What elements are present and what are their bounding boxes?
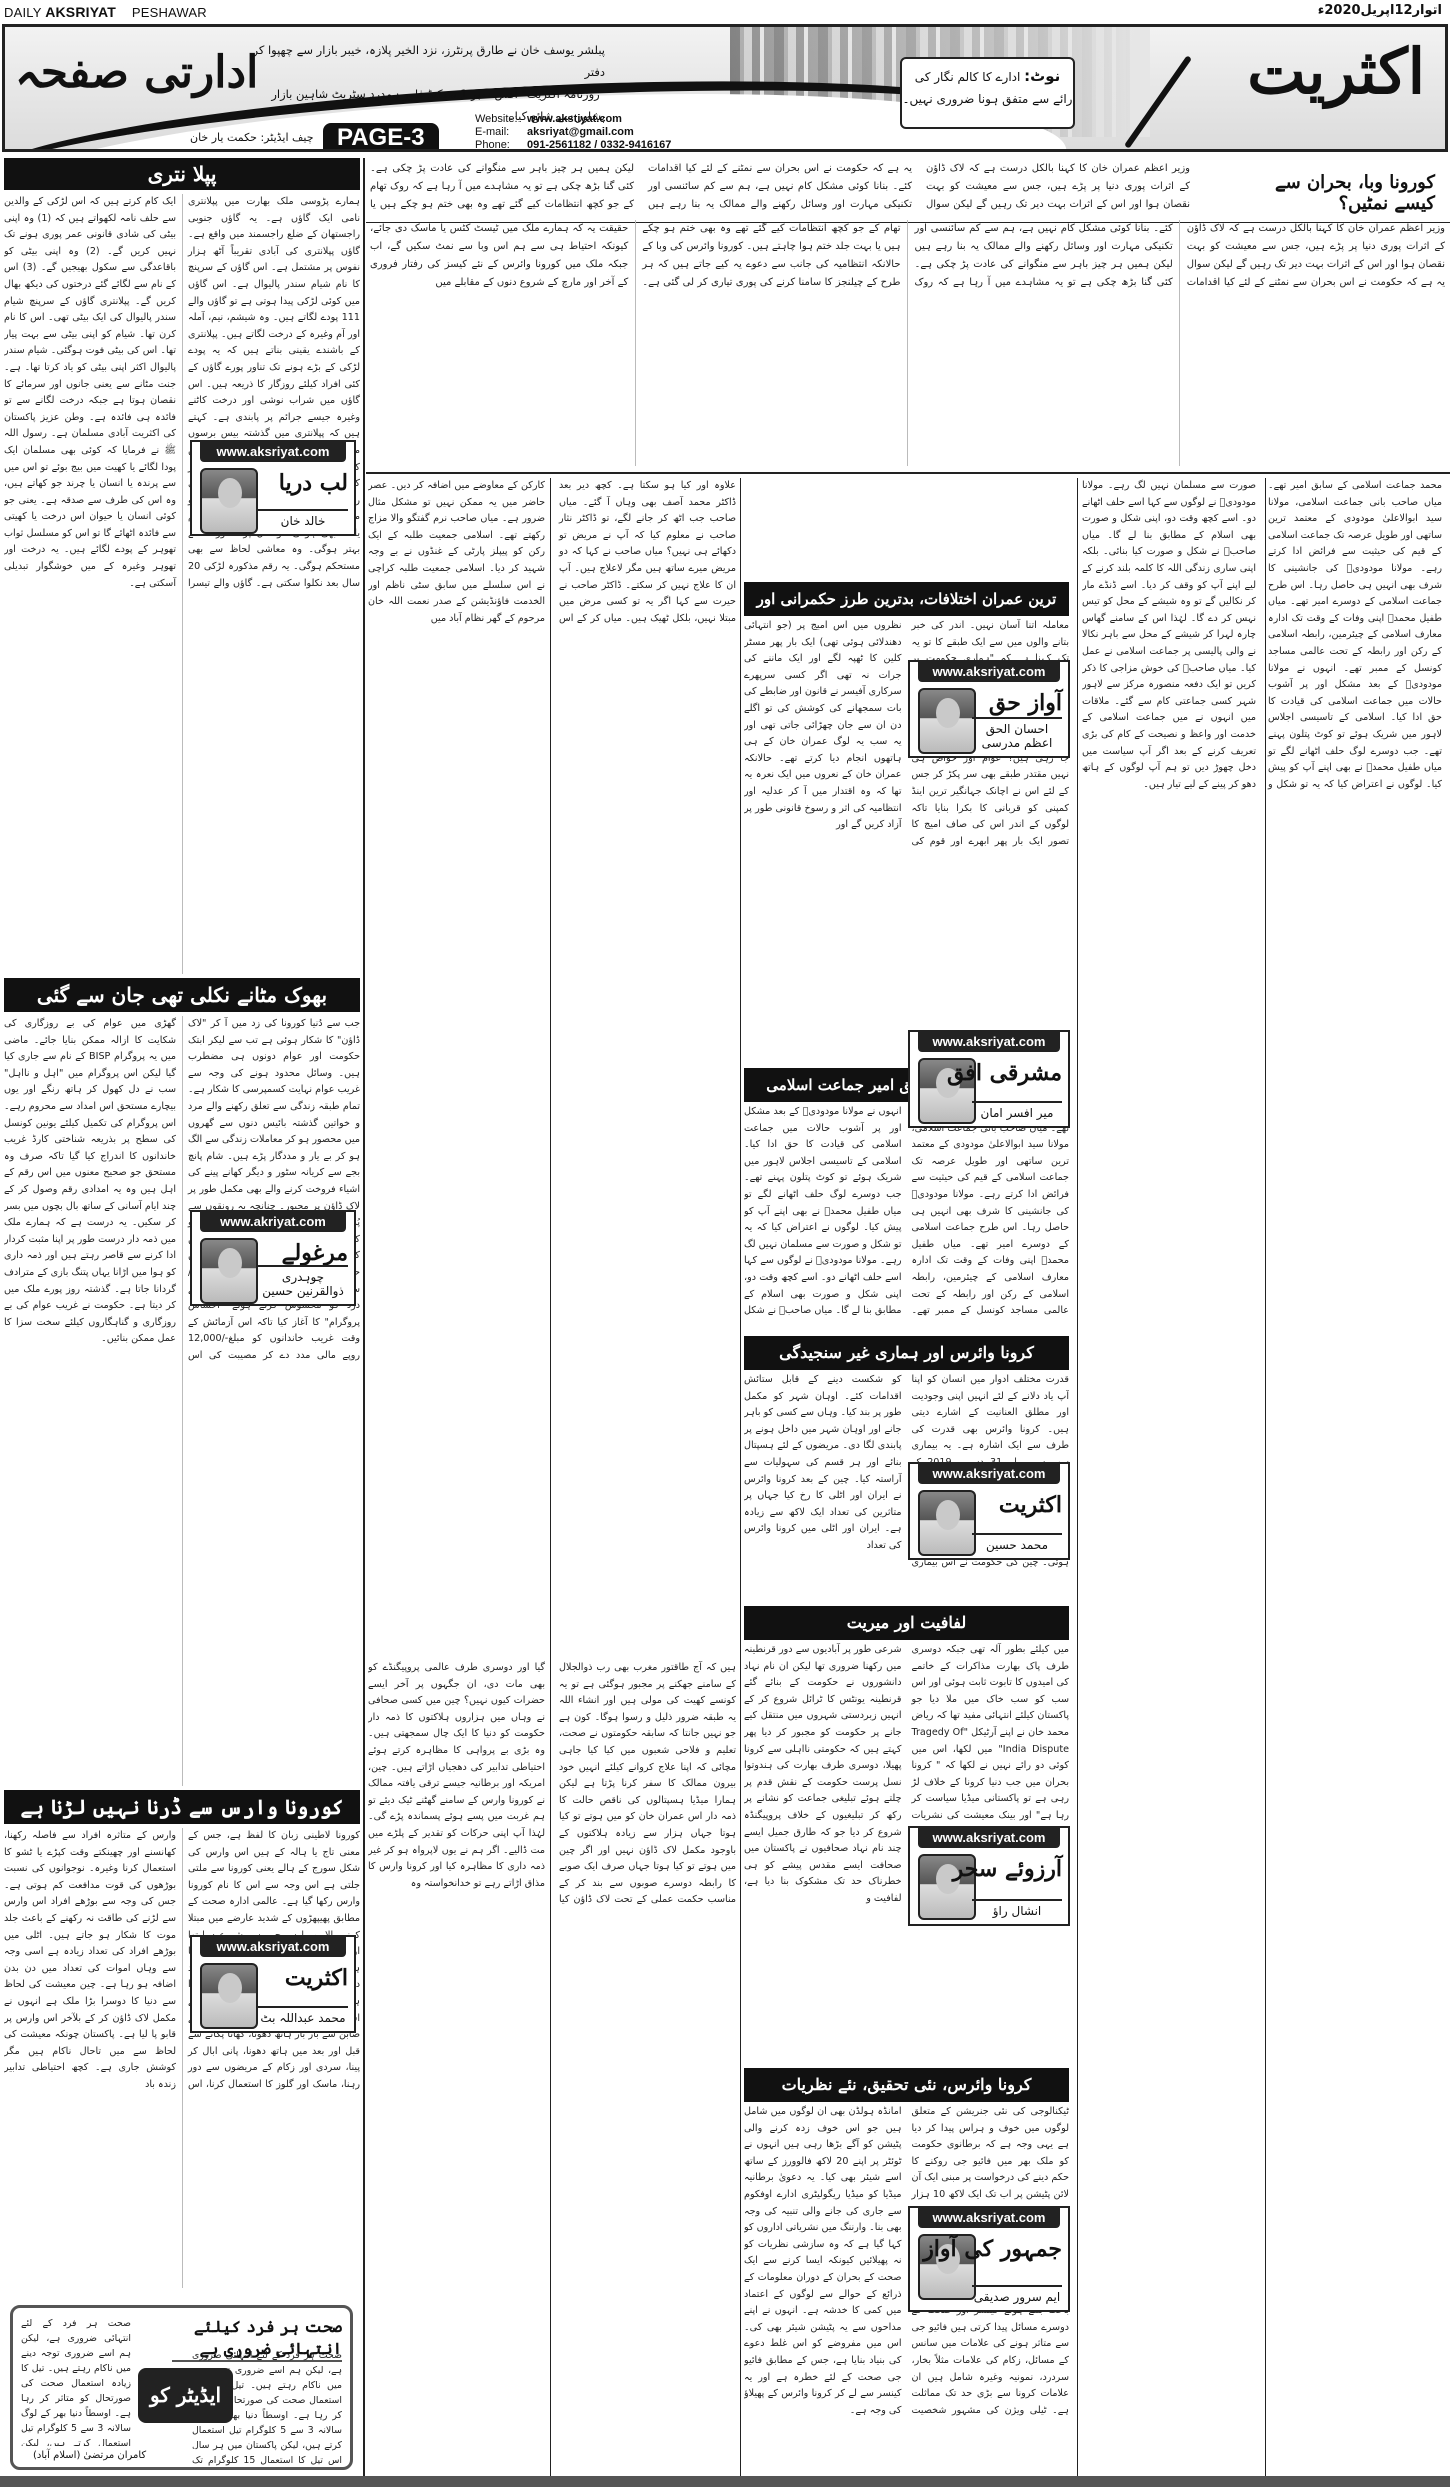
section-title: ادارتی صفحہ xyxy=(15,47,258,98)
chief-editor: چیف ایڈیٹر: حکمت یار خان xyxy=(190,131,314,144)
top-strip: DAILY AKSRIYAT PESHAWAR اتوار12اپریل2020… xyxy=(0,0,1450,22)
disclaimer-note: نوٹ: ادارے کا کالم نگار کی رائے سے متفق … xyxy=(900,57,1075,129)
columnist-photo xyxy=(918,688,976,754)
website-label: Website: xyxy=(475,113,527,126)
article-heading: کورونا وارس سے ڈرنا نہیں لڑنا ہے xyxy=(4,1790,360,1824)
columnist-byline: www.aksriyat.com آرزوئے سحر انشال راؤ xyxy=(908,1826,1070,1926)
byline-url[interactable]: www.aksriyat.com xyxy=(200,1937,346,1957)
author-name: ایم سرور صدیقی xyxy=(972,2285,1062,2304)
author-name: خالد خان xyxy=(258,509,348,528)
editorial-bottom-rule xyxy=(366,472,1450,474)
phone-label: Phone: xyxy=(475,139,527,152)
email-link[interactable]: aksriyat@gmail.com xyxy=(527,126,634,138)
column-name: آواز حق xyxy=(989,690,1062,716)
columnist-photo xyxy=(200,1963,258,2029)
email-label: E-mail: xyxy=(475,126,527,139)
byline-url[interactable]: www.aksriyat.com xyxy=(918,662,1060,682)
column-name: آرزوئے سحر xyxy=(953,1856,1062,1882)
article-heading: پپلا نتری xyxy=(4,158,360,190)
author-name: محمد حسین xyxy=(972,1533,1062,1552)
author-name: میر افسر امان xyxy=(972,1101,1062,1120)
letter-body-continued: صحت ہر فرد کے لئے انتہائی ضروری ہے، لیکن… xyxy=(21,2316,131,2446)
masthead: ادارتی صفحہ پبلشر یوسف خان نے طارق پرنٹر… xyxy=(2,24,1448,152)
editorial-section: کورونا وبا، بحران سے کیسے نمٹیں؟ وزیر اع… xyxy=(370,160,1445,470)
columnist-byline: www.aksriyat.com آواز حق احسان الحق اعظم… xyxy=(908,660,1070,758)
columnist-byline: www.aksriyat.com اکثریت محمد حسین xyxy=(908,1462,1070,1560)
article-heading: ترین عمران اختلافات، بدترین طرز حکمرانی … xyxy=(744,582,1069,616)
article-body: ہمارے پڑوسی ملک بھارت میں پپلانتری نامی … xyxy=(4,194,360,974)
editorial-body: وزیر اعظم عمران خان کا کہنا بالکل درست ہ… xyxy=(370,220,1445,466)
author-name: احسان الحق اعظم مدرسی xyxy=(972,717,1062,750)
note-title: نوٹ: xyxy=(1024,67,1060,85)
letter-badge: ایڈیٹر کو خط xyxy=(138,2368,233,2423)
column-name: مرغولے xyxy=(282,1240,348,1266)
letter-signature: کامران مرتضیٰ (اسلام آباد) xyxy=(33,2450,146,2461)
letter-to-editor: صحت ہر فرد کیلئے انتہائی ضروری ہے صحت ہر… xyxy=(10,2305,353,2470)
columnist-photo xyxy=(200,1238,258,1304)
byline-url[interactable]: www.aksriyat.com xyxy=(918,2208,1060,2228)
column-divider xyxy=(363,158,365,2476)
columnist-byline: www.aksriyat.com مشرقی افق میر افسر امان xyxy=(908,1030,1070,1128)
article-heading: بھوک مٹانے نکلی تھی جان سے گئی xyxy=(4,978,360,1012)
byline-url[interactable]: www.akriyat.com xyxy=(200,1212,346,1232)
column-name: اکثریت xyxy=(999,1492,1062,1518)
note-text-2: رائے سے متفق ہونا ضروری نہیں۔ xyxy=(902,88,1073,110)
phone-number: 091-2561182 / 0332-9416167 xyxy=(527,139,671,151)
issue-date: اتوار12اپریل2020ء xyxy=(1318,3,1442,18)
byline-url[interactable]: www.aksriyat.com xyxy=(918,1032,1060,1052)
columnist-byline: www.akriyat.com مرغولے چوہدری ذوالقرنین … xyxy=(190,1210,356,1306)
paper-title: AKSRIYAT xyxy=(45,4,116,20)
columnist-byline: www.aksriyat.com اکثریت محمد عبداللہ بٹ xyxy=(190,1935,356,2033)
columnist-byline: www.aksriyat.com لب دریا خالد خان xyxy=(190,440,356,536)
column-divider xyxy=(1077,478,1078,2476)
website-link[interactable]: www.akstiyat.com xyxy=(527,113,622,125)
editorial-title: کورونا وبا، بحران سے کیسے نمٹیں؟ xyxy=(1235,172,1435,214)
publisher-line-1: پبلشر یوسف خان نے طارق پرنٹرز، نزد الخیر… xyxy=(245,39,605,83)
contact-info: Website:www.akstiyat.com E-mail:aksriyat… xyxy=(475,113,671,152)
page-number-label: PAGE-3 xyxy=(323,123,439,152)
columnist-byline: www.aksriyat.com جمہور کی آواز ایم سرور … xyxy=(908,2206,1070,2312)
article-body: جب سے دُنیا کورونا کی زد میں آ کر "لاک ڈ… xyxy=(4,1016,360,1786)
article-body: محمد جماعت اسلامی کے سابق امیر تھے۔ میاں… xyxy=(744,1104,1069,1332)
column-name: جمہور کی آواز xyxy=(923,2236,1062,2262)
note-text-1: ادارے کا کالم نگار کی xyxy=(915,70,1021,84)
article-heading: کرونا وائرس اور ہماری غیر سنجیدگی xyxy=(744,1336,1069,1370)
columnist-photo xyxy=(200,468,258,534)
author-name: محمد عبداللہ بٹ xyxy=(258,2006,348,2025)
author-name: انشال راؤ xyxy=(972,1899,1062,1918)
newspaper-logo: اکثریت xyxy=(1247,35,1425,108)
footer-strip xyxy=(0,2476,1450,2487)
byline-url[interactable]: www.aksriyat.com xyxy=(918,1828,1060,1848)
paper-prefix: DAILY xyxy=(4,5,41,20)
editorial-body-top: وزیر اعظم عمران خان کا کہنا بالکل درست ہ… xyxy=(370,160,1190,218)
byline-url[interactable]: www.aksriyat.com xyxy=(918,1464,1060,1484)
column-divider xyxy=(740,478,741,2476)
paper-city: PESHAWAR xyxy=(132,5,207,20)
columnist-photo xyxy=(918,1490,976,1556)
byline-url[interactable]: www.aksriyat.com xyxy=(200,442,346,462)
paper-name: DAILY AKSRIYAT PESHAWAR xyxy=(4,4,207,20)
continued-article-text: علاوہ اور کیا ہو سکتا ہے۔ کچھ دیر بعد ڈا… xyxy=(368,478,736,1648)
article-body: کورونا لاطینی زبان کا لفظ ہے، جس کے معنی… xyxy=(4,1828,360,2288)
article-heading: کرونا وائرس، نئی تحقیق، نئے نظریات xyxy=(744,2068,1069,2102)
column-name: اکثریت xyxy=(285,1965,348,1991)
article-heading: لفافیت اور میریت xyxy=(744,1606,1069,1640)
author-name: چوہدری ذوالقرنین حسین xyxy=(258,1265,348,1298)
column-name: لب دریا xyxy=(279,470,348,496)
continued-article-text: ہیں کہ آج طاقتور مغرب بھی رب ذوالجلال کے… xyxy=(368,1660,736,2470)
column-name: مشرقی افق xyxy=(947,1060,1062,1086)
far-right-article-text: محمد جماعت اسلامی کے سابق امیر تھے۔ میاں… xyxy=(1082,478,1442,2470)
